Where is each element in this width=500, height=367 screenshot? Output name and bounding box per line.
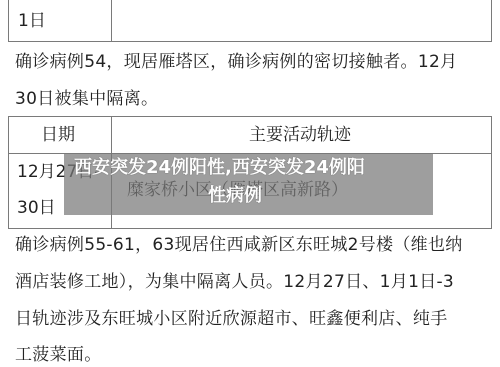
table-cell-date: 1日 xyxy=(9,0,112,41)
header-date-label: 日期 xyxy=(41,125,75,145)
cell-text: 1日 xyxy=(18,11,46,31)
table-top: 1日 xyxy=(8,0,492,42)
table-row: 1日 xyxy=(9,0,491,41)
overlay-title[interactable]: 西安突发24例阳性,西安突发24例阳 性病例 xyxy=(74,154,424,210)
paragraph-line: 工菠菜面。 xyxy=(15,345,102,365)
table-cell-activity xyxy=(112,0,491,41)
overlay-title-line-2: 性病例 xyxy=(74,182,424,210)
paragraph-line: 确诊病例54，现居雁塔区，确诊病例的密切接触者。12月 xyxy=(15,52,457,72)
paragraph-line: 确诊病例55-61，63现居住西咸新区东旺城2号楼（维也纳 xyxy=(15,235,463,255)
paragraph-line: 30日被集中隔离。 xyxy=(15,89,158,109)
header-activity-label: 主要活动轨迹 xyxy=(249,125,351,145)
overlay-title-line-1: 西安突发24例阳性,西安突发24例阳 xyxy=(74,157,365,178)
header-date: 日期 xyxy=(9,117,112,153)
paragraph-line: 日轨迹涉及东旺城小区附近欣源超市、旺鑫便利店、纯手 xyxy=(15,309,448,329)
paragraph-line: 酒店装修工地），为集中隔离人员。12月27日、1月1日-3 xyxy=(15,272,454,292)
date-line-2: 30日 xyxy=(17,198,56,218)
table-header-row: 日期 主要活动轨迹 xyxy=(9,117,491,154)
header-activity: 主要活动轨迹 xyxy=(112,117,491,153)
